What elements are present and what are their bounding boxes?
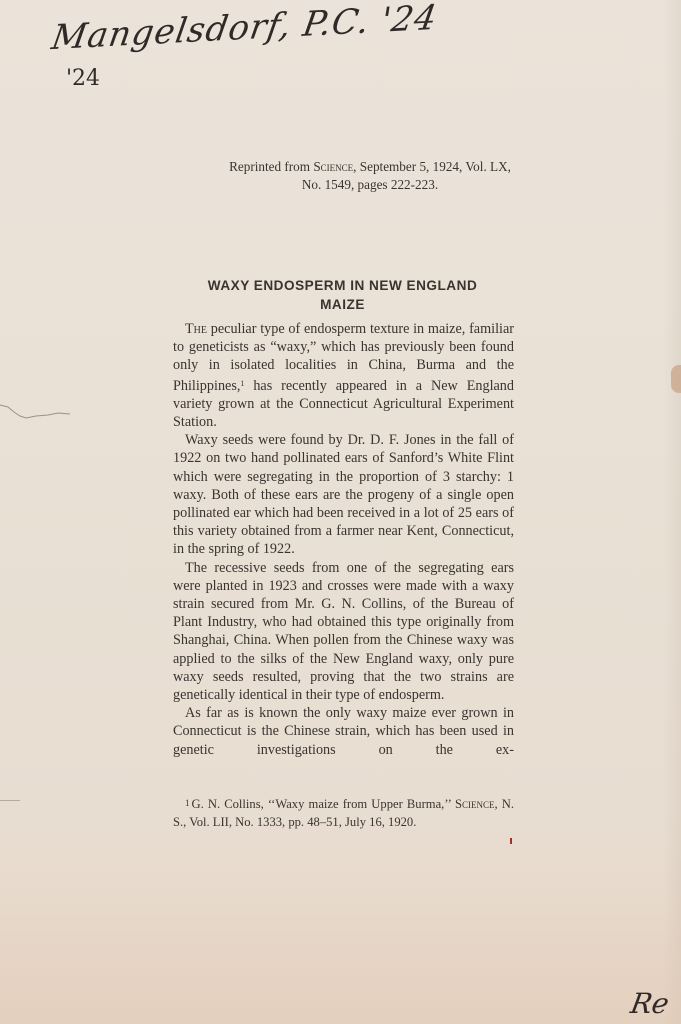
reprint-journal: Science xyxy=(313,159,353,174)
reprint-prefix: Reprinted from xyxy=(229,159,313,174)
paragraph-2: Waxy seeds were found by Dr. D. F. Jones… xyxy=(173,431,514,558)
footnote: 1G. N. Collins, ‘‘Waxy maize from Upper … xyxy=(173,795,514,831)
title-line-2: MAIZE xyxy=(175,295,510,314)
footnote-marker: 1 xyxy=(185,798,190,808)
page-discoloration xyxy=(0,884,681,1024)
handwritten-author-annotation: Mangelsdorf, P.C. '24 xyxy=(49,0,440,58)
paragraph-1: The peculiar type of endosperm texture i… xyxy=(173,320,514,431)
article-body: The peculiar type of endosperm texture i… xyxy=(173,320,514,759)
footnote-text: G. N. Collins, ‘‘Waxy maize from Upper B… xyxy=(192,797,455,811)
paragraph-4: As far as is known the only waxy maize e… xyxy=(173,704,514,759)
lead-word: The xyxy=(185,321,207,337)
handwritten-year-mark: '24 xyxy=(66,66,100,91)
title-line-1: WAXY ENDOSPERM IN NEW ENGLAND xyxy=(175,276,510,295)
paper-edge-chip xyxy=(671,365,681,393)
paper-tear-mark xyxy=(0,400,75,430)
footnote-journal: Science xyxy=(455,797,495,811)
article-title: WAXY ENDOSPERM IN NEW ENGLAND MAIZE xyxy=(175,276,510,314)
reprint-suffix: , September 5, 1924, Vol. LX, xyxy=(353,159,511,174)
ink-mark xyxy=(510,838,512,844)
margin-mark xyxy=(0,800,20,801)
paragraph-3: The recessive seeds from one of the segr… xyxy=(173,559,514,705)
handwritten-corner-mark: Re xyxy=(628,987,671,1020)
reprint-notice: Reprinted from Science, September 5, 192… xyxy=(150,158,590,194)
page-edge-shadow xyxy=(663,0,681,1024)
reprint-issue: No. 1549, pages 222-223. xyxy=(302,177,438,192)
